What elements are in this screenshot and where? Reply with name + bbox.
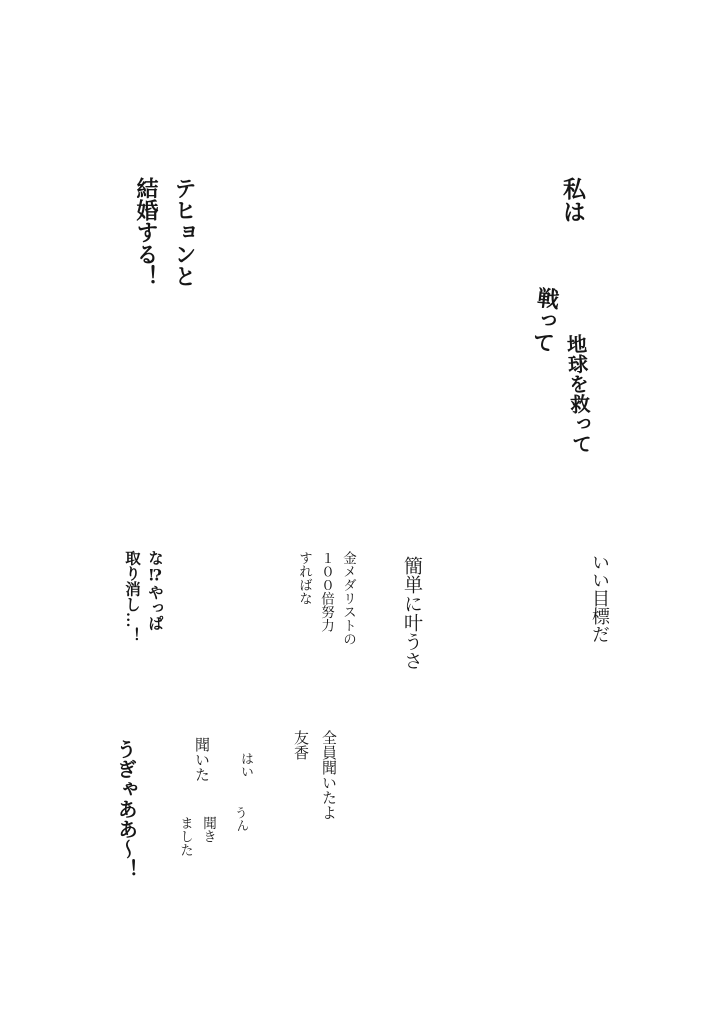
manga-script-page: 私は 戦って 地球を救って テヒョンと 結婚する！ いい目標だ 簡単に叶うさ 金…: [0, 0, 724, 1024]
dialogue-taehyon-to-kekkon: テヒョンと 結婚する！: [127, 177, 203, 287]
dialogue-kikimashita: 聞き ました: [174, 816, 220, 857]
dialogue-chikyu-wo-sukutte: 地球を救って: [564, 333, 590, 454]
dialogue-ii-mokuhyo-da: いい目標だ: [591, 553, 609, 643]
dialogue-ugyaaa: うぎゃああ〜！: [114, 739, 136, 879]
dialogue-hai: はい: [240, 752, 253, 778]
dialogue-zenin-kiita-yo-yuka: 全員聞いたよ 友香: [286, 730, 342, 820]
dialogue-kiita: 聞いた: [193, 737, 208, 782]
dialogue-kin-medalist-note: 金メダリストの １００倍努力 すればな: [293, 551, 359, 646]
dialogue-un: うん: [233, 805, 249, 832]
dialogue-watashi-wa: 私は: [561, 177, 584, 223]
dialogue-na-yappa-torikeshi: な⁉やっぱ 取り消し…！: [120, 550, 166, 643]
dialogue-tatakatte: 戦って: [530, 286, 559, 354]
dialogue-kantan-ni-kanau-sa: 簡単に叶うさ: [402, 556, 421, 670]
